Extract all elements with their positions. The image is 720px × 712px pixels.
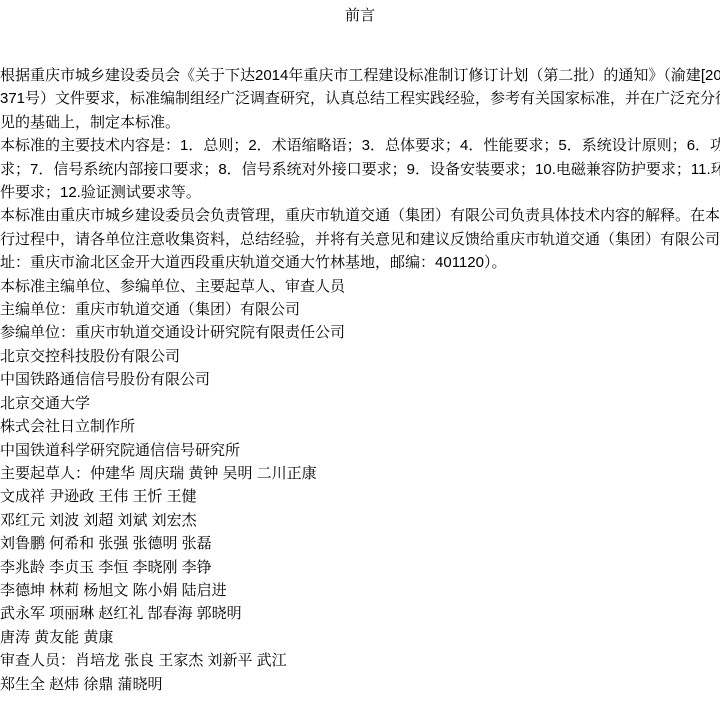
text-line: 唐涛 黄友能 黄康 xyxy=(0,626,720,649)
text-line: 见的基础上，制定本标准。 xyxy=(0,111,720,134)
text-line: 郑生全 赵炜 徐鼎 蒲晓明 xyxy=(0,673,720,696)
text-line: 刘鲁鹏 何希和 张强 张德明 张磊 xyxy=(0,532,720,555)
text-line: 本标准的主要技术内容是：1．总则；2．术语缩略语；3．总体要求；4．性能要求；5… xyxy=(0,134,720,157)
text-line: 371号）文件要求，标准编制组经广泛调查研究，认真总结工程实践经验，参考有关国家… xyxy=(0,87,720,110)
text-line: 行过程中，请各单位注意收集资料，总结经验，并将有关意见和建议反馈给重庆市轨道交通… xyxy=(0,228,720,251)
text-line: 邓红元 刘波 刘超 刘斌 刘宏杰 xyxy=(0,509,720,532)
text-line: 本标准主编单位、参编单位、主要起草人、审查人员 xyxy=(0,275,720,298)
text-line: 求；7．信号系统内部接口要求；8．信号系统对外接口要求；9．设备安装要求；10.… xyxy=(0,158,720,181)
text-line: 中国铁道科学研究院通信信号研究所 xyxy=(0,439,720,462)
text-line: 址：重庆市渝北区金开大道西段重庆轨道交通大竹林基地，邮编：401120）。 xyxy=(0,251,720,274)
page-title: 前言 xyxy=(0,0,720,25)
text-line: 主编单位：重庆市轨道交通（集团）有限公司 xyxy=(0,298,720,321)
text-line: 根据重庆市城乡建设委员会《关于下达2014年重庆市工程建设标准制订修订计划（第二… xyxy=(0,64,720,87)
document-page: 前言 根据重庆市城乡建设委员会《关于下达2014年重庆市工程建设标准制订修订计划… xyxy=(0,0,720,712)
text-line: 李兆龄 李贞玉 李恒 李晓刚 李铮 xyxy=(0,556,720,579)
text-line: 株式会社日立制作所 xyxy=(0,415,720,438)
text-line: 件要求；12.验证测试要求等。 xyxy=(0,181,720,204)
text-line: 中国铁路通信信号股份有限公司 xyxy=(0,368,720,391)
text-line: 北京交控科技股份有限公司 xyxy=(0,345,720,368)
text-line: 李德坤 林莉 杨旭文 陈小娟 陆启进 xyxy=(0,579,720,602)
text-line: 本标准由重庆市城乡建设委员会负责管理，重庆市轨道交通（集团）有限公司负责具体技术… xyxy=(0,204,720,227)
text-line: 北京交通大学 xyxy=(0,392,720,415)
text-line: 主要起草人：仲建华 周庆瑞 黄钟 吴明 二川正康 xyxy=(0,462,720,485)
text-line: 文成祥 尹逊政 王伟 王忻 王健 xyxy=(0,485,720,508)
text-line: 参编单位：重庆市轨道交通设计研究院有限责任公司 xyxy=(0,321,720,344)
text-line: 审查人员：肖培龙 张良 王家杰 刘新平 武江 xyxy=(0,649,720,672)
document-body: 根据重庆市城乡建设委员会《关于下达2014年重庆市工程建设标准制订修订计划（第二… xyxy=(0,64,720,696)
text-line: 武永军 项丽琳 赵红礼 郜春海 郭晓明 xyxy=(0,602,720,625)
